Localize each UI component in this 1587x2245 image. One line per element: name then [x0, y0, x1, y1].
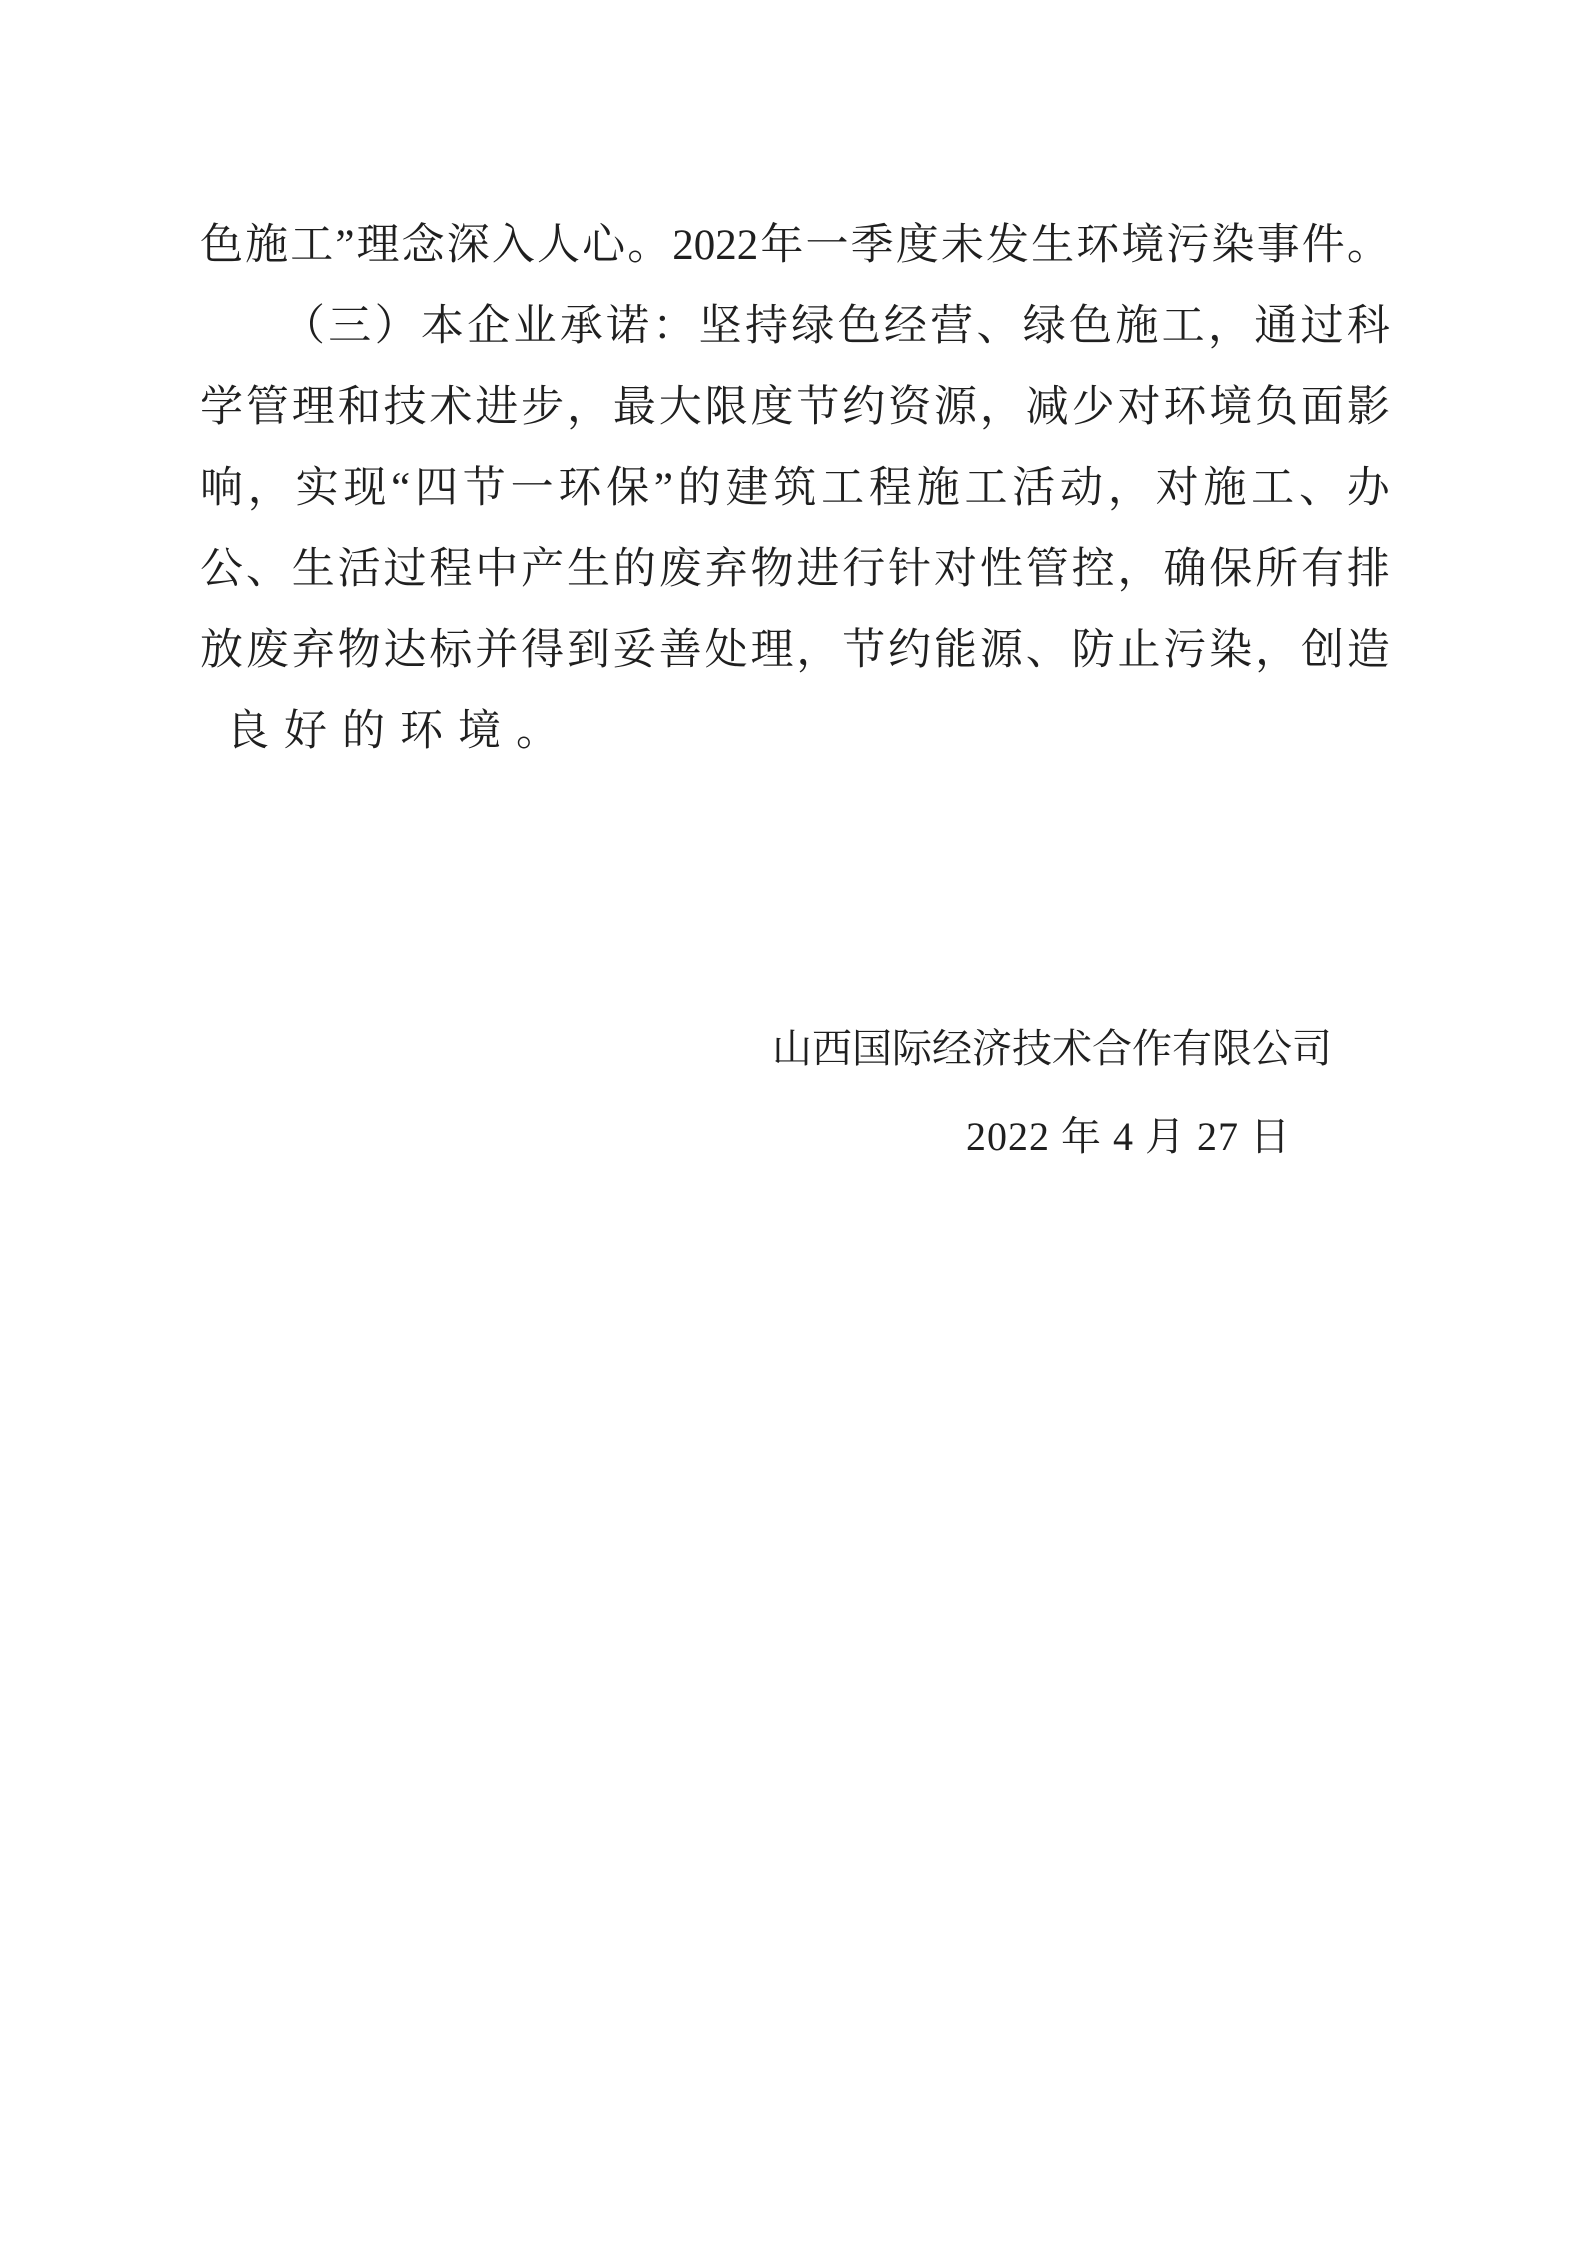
body-line: 良好的环境。	[200, 691, 1390, 772]
body-line: 色施工”理念深入人心。2022年一季度未发生环境污染事件。	[200, 205, 1390, 286]
body-line: 响，实现“四节一环保”的建筑工程施工活动，对施工、办	[200, 448, 1390, 529]
body-line: 公、生活过程中产生的废弃物进行针对性管控，确保所有排	[200, 529, 1390, 610]
body-line: 放废弃物达标并得到妥善处理，节约能源、防止污染，创造	[200, 610, 1390, 691]
body-line: 学管理和技术进步，最大限度节约资源，减少对环境负面影	[200, 367, 1390, 448]
signature-company: 山西国际经济技术合作有限公司	[772, 1008, 1332, 1089]
body-line: （三）本企业承诺：坚持绿色经营、绿色施工，通过科	[200, 286, 1390, 367]
document-page: 色施工”理念深入人心。2022年一季度未发生环境污染事件。 （三）本企业承诺：坚…	[0, 0, 1587, 2245]
signature-date: 2022 年 4 月 27 日	[966, 1096, 1291, 1177]
body-text-block: 色施工”理念深入人心。2022年一季度未发生环境污染事件。 （三）本企业承诺：坚…	[200, 205, 1390, 772]
